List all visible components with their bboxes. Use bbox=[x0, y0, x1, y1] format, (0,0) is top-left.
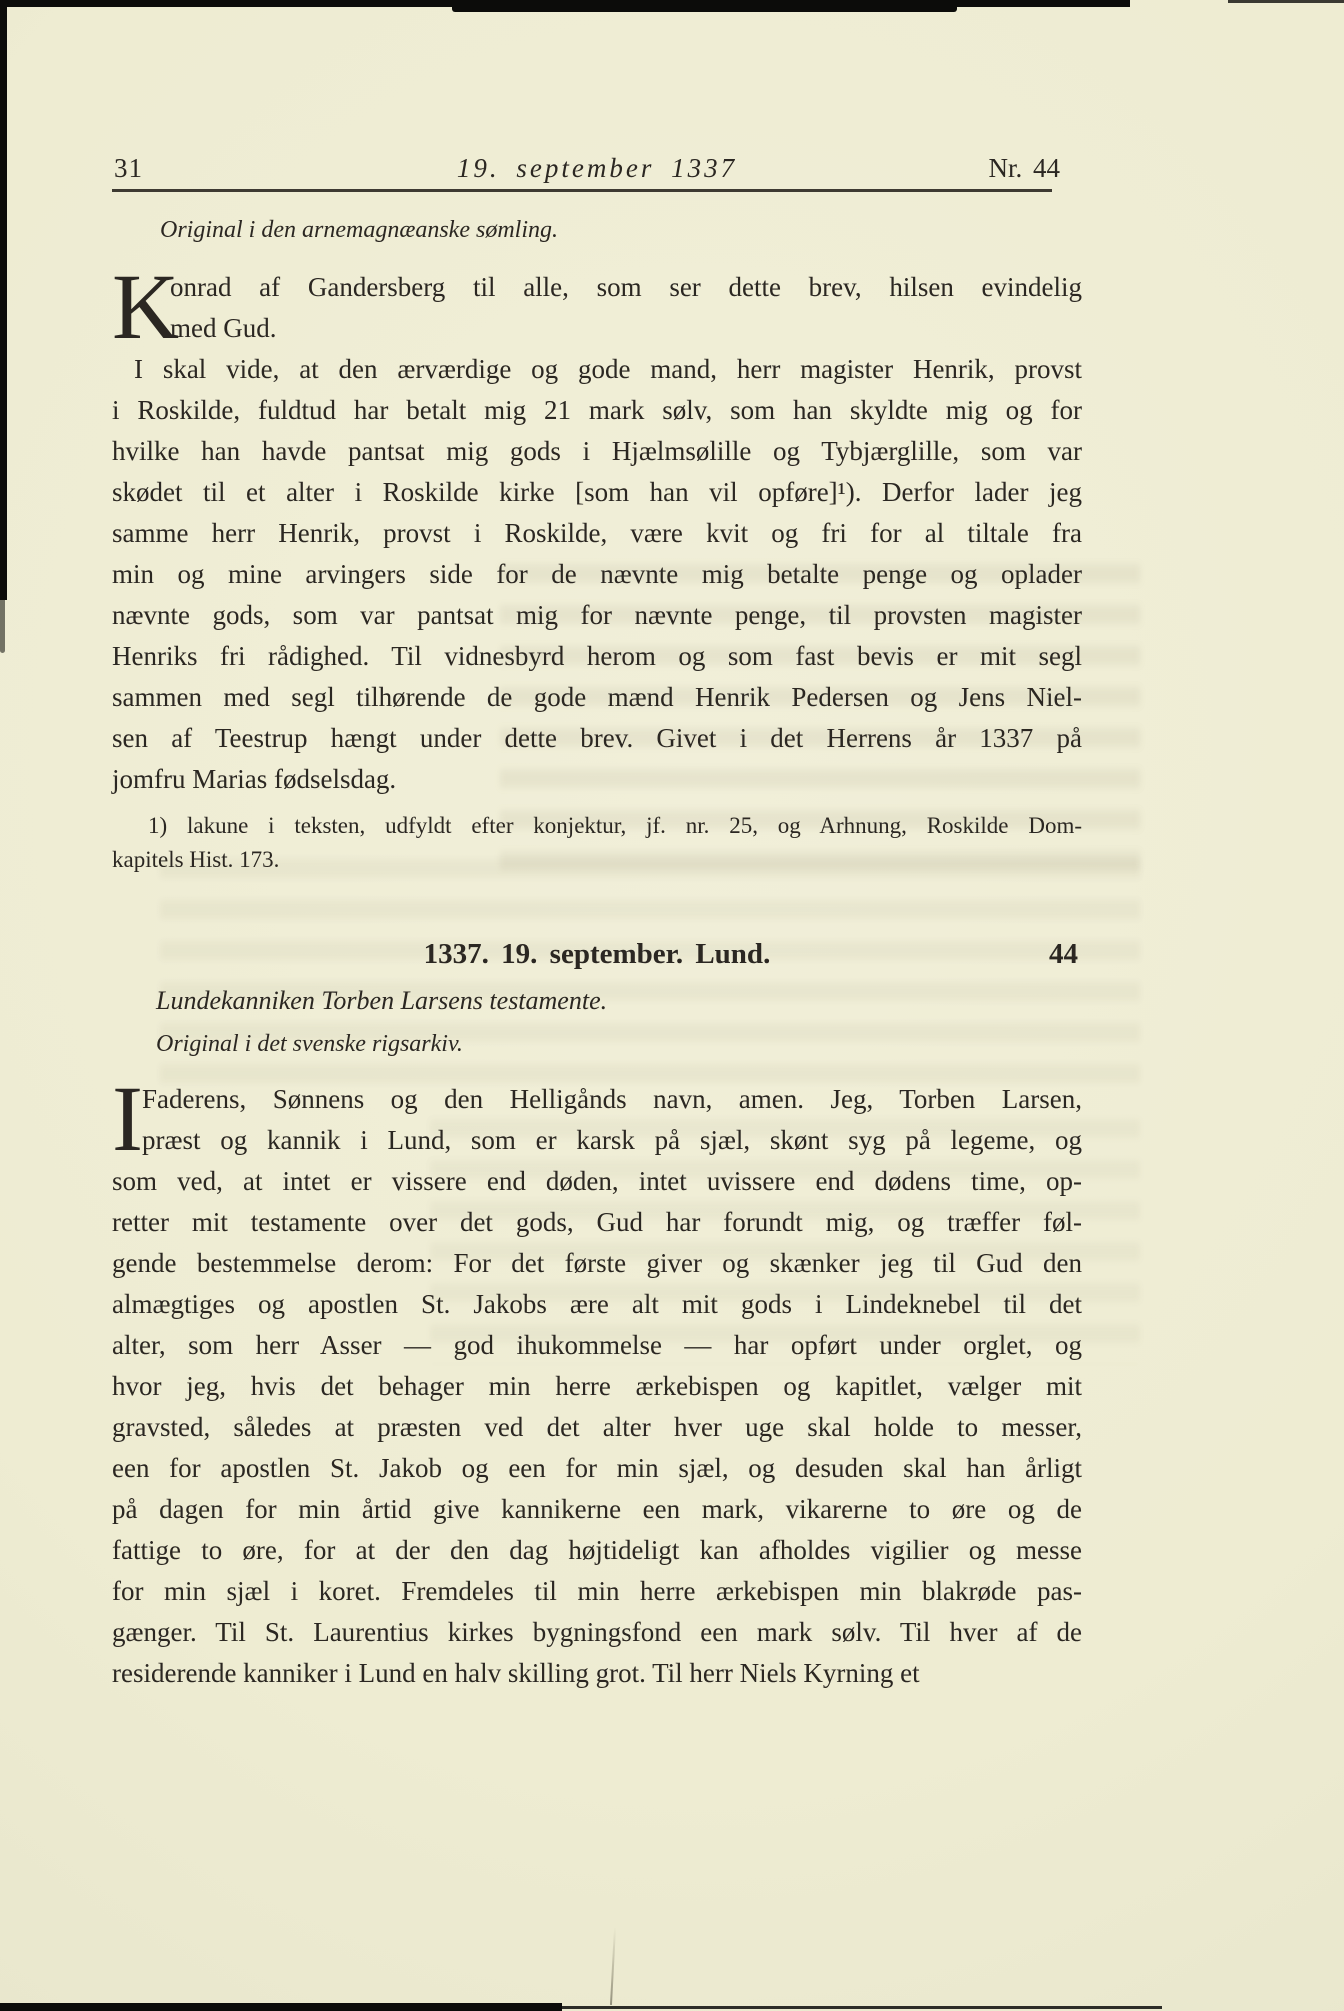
text-line: Faderens, Sønnens og den Helligånds navn… bbox=[142, 1079, 1082, 1120]
text-line: alter, som herr Asser — god ihukommelse … bbox=[112, 1325, 1082, 1366]
scan-left-edge-artifact bbox=[0, 0, 7, 600]
text-line: med Gud. bbox=[170, 308, 1082, 349]
text-line: een for apostlen St. Jakob og een for mi… bbox=[112, 1448, 1082, 1489]
text-line: Henriks fri rådighed. Til vidnesbyrd her… bbox=[112, 636, 1082, 677]
entry-44-body: som ved, at intet er vissere end døden, … bbox=[112, 1161, 1082, 1694]
text-line: almægtiges og apostlen St. Jakobs ære al… bbox=[112, 1284, 1082, 1325]
text-line: onrad af Gandersberg til alle, som ser d… bbox=[170, 267, 1082, 308]
entry-43-body: I skal vide, at den ærværdige og gode ma… bbox=[112, 349, 1082, 800]
text-line: samme herr Henrik, provst i Roskilde, væ… bbox=[112, 513, 1082, 554]
text-line: residerende kanniker i Lund en halv skil… bbox=[112, 1653, 1082, 1694]
text-line: nævnte gods, som var pantsat mig for næv… bbox=[112, 595, 1082, 636]
entry-reference: Nr. 44 bbox=[989, 153, 1061, 184]
text-line: i Roskilde, fuldtud har betalt mig 21 ma… bbox=[112, 390, 1082, 431]
entry-44-heading-row: 1337. 19. september. Lund. 44 bbox=[112, 933, 1082, 971]
text-line: I skal vide, at den ærværdige og gode ma… bbox=[112, 349, 1082, 390]
text-line: på dagen for min årtid give kannikerne e… bbox=[112, 1489, 1082, 1530]
entry-43-opening-lines: onrad af Gandersberg til alle, som ser d… bbox=[170, 267, 1082, 349]
text-line: sen af Teestrup hængt under dette brev. … bbox=[112, 718, 1082, 759]
entry-44-opening: I Faderens, Sønnens og den Helligånds na… bbox=[112, 1079, 1082, 1161]
text-line: skødet til et alter i Roskilde kirke [so… bbox=[112, 472, 1082, 513]
entry-43-footnote: 1) lakune i teksten, udfyldt efter konje… bbox=[112, 809, 1082, 877]
scan-bottom-edge-artifact bbox=[562, 2006, 1162, 2009]
text-column: 31 19. september 1337 Nr. 44 Original i … bbox=[112, 0, 1082, 1694]
drop-cap-I: I bbox=[112, 1079, 142, 1161]
running-header: 31 19. september 1337 Nr. 44 bbox=[112, 148, 1082, 184]
entry-44-source-note: Original i det svenske rigsarkiv. bbox=[112, 1029, 1082, 1059]
text-line: sammen med segl tilhørende de gode mænd … bbox=[112, 677, 1082, 718]
text-line: for min sjæl i koret. Fremdeles til min … bbox=[112, 1571, 1082, 1612]
text-line: retter mit testamente over det gods, Gud… bbox=[112, 1202, 1082, 1243]
entry-44-opening-lines: Faderens, Sønnens og den Helligånds navn… bbox=[142, 1079, 1082, 1161]
entry-43-source-note: Original i den arnemagnæanske sømling. bbox=[112, 215, 1082, 245]
running-title: 19. september 1337 bbox=[112, 153, 1082, 184]
entry-44-number: 44 bbox=[1049, 938, 1078, 971]
text-line: gende bestemmelse derom: For det første … bbox=[112, 1243, 1082, 1284]
text-line: hvilke han havde pantsat mig gods i Hjæl… bbox=[112, 431, 1082, 472]
text-line: gravsted, således at præsten ved det alt… bbox=[112, 1407, 1082, 1448]
scanned-book-page: 31 19. september 1337 Nr. 44 Original i … bbox=[0, 0, 1344, 2011]
text-line: fattige to øre, for at der den dag højti… bbox=[112, 1530, 1082, 1571]
drop-cap-K: K bbox=[112, 267, 170, 349]
scan-top-edge-artifact bbox=[1228, 0, 1344, 3]
page-crease bbox=[610, 1927, 616, 2005]
scan-left-edge-artifact bbox=[0, 598, 5, 653]
footnote-line: kapitels Hist. 173. bbox=[112, 843, 1082, 877]
entry-44-regest: Lundekanniken Torben Larsens testamente. bbox=[112, 985, 1082, 1017]
text-line: jomfru Marias fødselsdag. bbox=[112, 759, 1082, 800]
footnote-line: 1) lakune i teksten, udfyldt efter konje… bbox=[112, 809, 1082, 843]
text-line: hvor jeg, hvis det behager min herre ærk… bbox=[112, 1366, 1082, 1407]
entry-43-opening: K onrad af Gandersberg til alle, som ser… bbox=[112, 267, 1082, 349]
text-line: min og mine arvingers side for de nævnte… bbox=[112, 554, 1082, 595]
text-line: som ved, at intet er vissere end døden, … bbox=[112, 1161, 1082, 1202]
entry-44-date-heading: 1337. 19. september. Lund. bbox=[112, 938, 1082, 971]
text-line: præst og kannik i Lund, som er karsk på … bbox=[142, 1120, 1082, 1161]
scan-bottom-edge-artifact bbox=[0, 2003, 562, 2011]
header-rule bbox=[112, 189, 1052, 192]
text-line: gænger. Til St. Laurentius kirkes bygnin… bbox=[112, 1612, 1082, 1653]
